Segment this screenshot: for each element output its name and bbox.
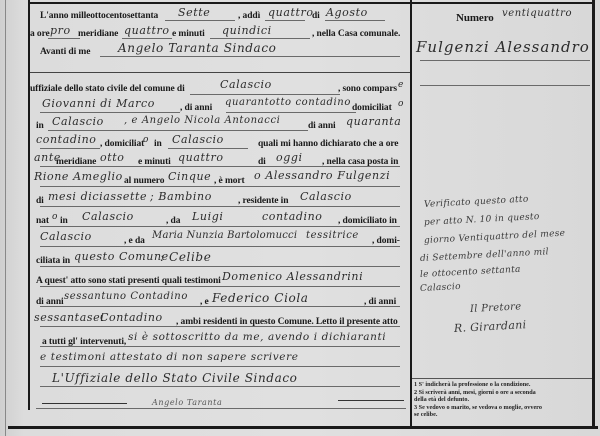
printed-text: , è mort [214,176,245,186]
far-left-edge [5,0,6,436]
rule [40,186,400,187]
printed-text: A quest' atto sono stati presenti quali … [36,276,221,286]
handwritten-age: mesi diciassette [48,190,147,203]
handwritten-text: si è sottoscritto da me, avendo i dichia… [128,331,386,343]
handwritten-witness-1: Giovanni di Marco [42,97,155,110]
printed-text: , domiciliat [100,139,144,149]
handwritten-minutes: quattro [178,151,224,164]
rule [40,386,400,387]
signature-rule-left [42,403,127,404]
printed-text: di [36,196,44,206]
handwritten-text: e testimoni attestato di non sapere scri… [40,351,299,363]
printed-text: in [36,121,44,131]
rule [168,148,248,149]
handwritten-house-number: Cinque [168,170,211,183]
handwritten-witness: Domenico Alessandrini [222,270,363,283]
footnote: 1 S' indicherà la professione o la condi… [414,381,542,389]
handwritten-witness-2: , e Angelo Nicola Antonacci [124,115,280,126]
printed-text: in [154,139,162,149]
rule [165,20,235,21]
record-number-value: ventiquattro [502,8,572,19]
printed-text: , nella casa posta in [322,157,398,167]
handwritten-officer: Angelo Taranta Sindaco [118,41,276,55]
handwritten-day: quattro [268,6,314,19]
rule [190,94,340,95]
rule [40,306,400,307]
printed-text: , e da [124,236,145,246]
printed-text: , nella Casa comunale. [312,29,400,39]
printed-text: di anni [36,297,64,307]
top-border-sidebar [412,2,592,4]
handwritten-age-profession: sessantuno Contadino [64,291,188,302]
handwritten-age-profession: quarantotto contadino [225,97,351,108]
annotation-line: giorno Ventiquattro del mese [424,229,566,246]
handwritten-deceased-name: o Alessandro Fulgenzi [254,169,390,182]
pretore-signature: R. Girardani [454,318,527,335]
printed-text: , residente in [238,196,288,206]
footnote: 3 Se vedovo o marito, se vedova o moglie… [414,404,542,412]
printed-text: in [60,216,68,226]
handwritten-hour: quattro [124,24,170,37]
printed-text: , ambi residenti in questo Comune. Letto… [176,317,398,327]
printed-text: , di anni [364,297,396,307]
rule [48,130,308,131]
printed-text: a ore [30,29,50,39]
printed-text: domiciliat [352,103,392,113]
annotation-line: le ottocento settanta [420,265,521,280]
printed-text: al numero [124,176,164,186]
annotation-line: di Settembre dell'anno mil [420,247,549,264]
handwritten-text: o [52,212,58,222]
footnote: se celibe. [414,411,542,419]
handwritten-place: Calascio [172,133,224,146]
printed-text: a tutti gl' intervenuti, [42,337,126,347]
rule [48,38,80,39]
printed-text: uffiziale dello stato civile del comune … [30,84,185,94]
handwritten-place: Calascio [40,230,92,243]
handwritten-mother-profession: tessitrice [306,230,359,241]
handwritten-address: Rione Ameglio [34,170,123,183]
section-separator [30,72,410,73]
printed-text: , domi- [372,236,400,246]
rule [100,56,400,57]
printed-text: , addì [238,11,260,21]
rule [40,148,100,149]
printed-text: Avanti di me [40,47,90,57]
annotation-line: Calascio [420,282,461,294]
handwritten-text: questo Comune [74,250,169,263]
handwritten-text: o [398,99,404,109]
printed-text: meridiane [78,29,118,39]
rule [122,38,172,39]
rule [40,366,400,367]
handwritten-text: o [143,135,149,145]
footnote-top-rule [412,378,592,379]
column-divider [410,0,412,428]
rule [40,226,400,227]
handwritten-residence: Calascio [300,190,352,203]
handwritten-marital-status: : Celibe [160,250,211,264]
handwritten-condition: ; Bambino [150,190,212,203]
rule [265,20,305,21]
document-page: L'anno milleottocentosettanta Sette , ad… [0,0,600,436]
right-border [592,0,595,428]
printed-text: quali mi hanno dichiarato che a ore [258,139,398,149]
footnote: 2 Si scriverà anni, mesi, giorni o ore a… [414,389,542,397]
printed-text: e minuti [172,29,205,39]
handwritten-text: pro [50,24,71,37]
handwritten-comune: Calascio [220,78,272,91]
pretore-title: Il Pretore [470,301,522,315]
printed-text: , di anni [180,103,212,113]
rule [226,112,356,113]
handwritten-place: Calascio [52,115,104,128]
rule [325,20,385,21]
printed-text: nat [36,216,49,226]
signature-rule-right [338,400,404,401]
printed-text: L'anno milleottocentosettanta [40,11,158,21]
handwritten-father-profession: contadino [262,210,323,223]
printed-text: ciliata in [36,256,70,266]
printed-text: , domiciliato in [338,216,397,226]
handwritten-month: Agosto [326,6,368,19]
printed-text: , e [200,297,209,307]
rule [40,266,400,267]
handwritten-age: sessantasei [34,311,104,324]
printed-text: , sono compars [338,84,397,94]
handwritten-age: quaranta [346,115,401,128]
rule [40,286,400,287]
annotation-line: Verificato questo atto [424,195,529,210]
printed-text: meridiane [56,157,96,167]
rule [210,38,310,39]
rule [36,408,406,409]
bottom-border [8,426,598,429]
record-number-label: Numero [456,12,494,24]
handwritten-hour: otto [100,151,125,164]
deceased-name-header: Fulgenzi Alessandro [416,38,590,56]
handwritten-mother: Maria Nunzia Bartolomucci [152,230,297,241]
rule [40,112,180,113]
annotation-line: per atto N. 10 in questo [424,212,540,228]
rule [420,85,590,86]
handwritten-officer-title: L'Uffiziale dello Stato Civile Sindaco [52,371,298,385]
printed-text: di [258,157,266,167]
officer-signature: Angelo Taranta [152,398,222,407]
top-border-main [28,2,410,4]
printed-text: e minuti [138,157,171,167]
printed-text: , da [166,216,180,226]
handwritten-witness: Federico Ciola [212,291,309,305]
rule [40,246,400,247]
handwritten-day: oggi [276,151,303,164]
printed-text: di [312,11,320,21]
handwritten-text: e [398,80,404,90]
printed-text: di anni [308,121,336,131]
handwritten-father: Luigi [192,210,223,223]
handwritten-birthplace: Calascio [82,210,134,223]
handwritten-profession: contadino [36,133,97,146]
handwritten-year: Sette [178,6,210,19]
rule [40,206,400,207]
left-margin-border [28,0,30,410]
handwritten-profession: Contadino [100,311,163,324]
rule [420,60,590,61]
footnotes: 1 S' indicherà la professione o la condi… [414,381,542,419]
footnote: della età del defunto. [414,396,542,404]
handwritten-minutes: quindici [222,24,272,37]
